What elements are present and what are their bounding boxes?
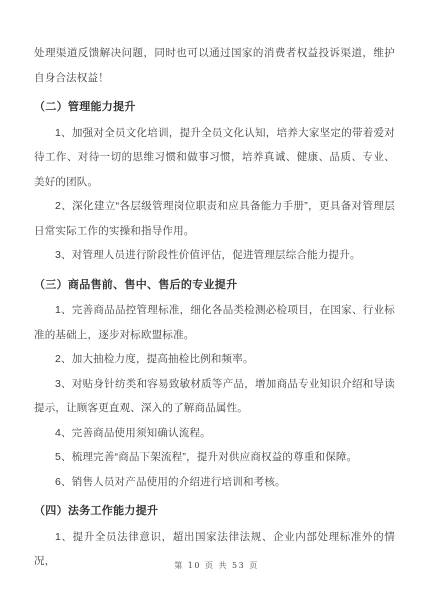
list-item: 2、加大抽检力度，提高抽检比例和频率。: [34, 347, 395, 372]
list-item: 1、加强对全员文化培训，提升全员文化认知，培养大家坚定的带着爱对待工作、对待一切…: [34, 121, 395, 195]
list-item: 3、对管理人员进行阶段性价值评估，促进管理层综合能力提升。: [34, 243, 395, 268]
document-page: 处理渠道反馈解决问题，同时也可以通过国家的消费者权益投诉渠道，维护自身合法权益！…: [0, 0, 433, 574]
section-heading-3: （三）商品售前、售中、售后的专业提升: [34, 273, 395, 298]
body-paragraph: 处理渠道反馈解决问题，同时也可以通过国家的消费者权益投诉渠道，维护自身合法权益！: [34, 41, 395, 90]
list-item: 3、对贴身针纺类和容易致敏材质等产品，增加商品专业知识介绍和导读提示，让顾客更直…: [34, 372, 395, 421]
list-item: 5、梳理完善“商品下架流程”，提升对供应商权益的尊重和保障。: [34, 445, 395, 470]
list-item: 4、完善商品使用须知确认流程。: [34, 421, 395, 446]
list-item: 6、销售人员对产品使用的介绍进行培训和考核。: [34, 470, 395, 495]
list-item: 1、完善商品品控管理标准，细化各品类检测必检项目，在国家、行业标准的基础上，逐步…: [34, 298, 395, 347]
list-item: 2、深化建立“各层级管理岗位职责和应具备能力手册”，更具备对管理层日常实际工作的…: [34, 194, 395, 243]
section-heading-4: （四）法务工作能力提升: [34, 499, 395, 524]
page-footer: 第 10 页 共 53 页: [0, 560, 433, 571]
section-heading-2: （二）管理能力提升: [34, 95, 395, 120]
